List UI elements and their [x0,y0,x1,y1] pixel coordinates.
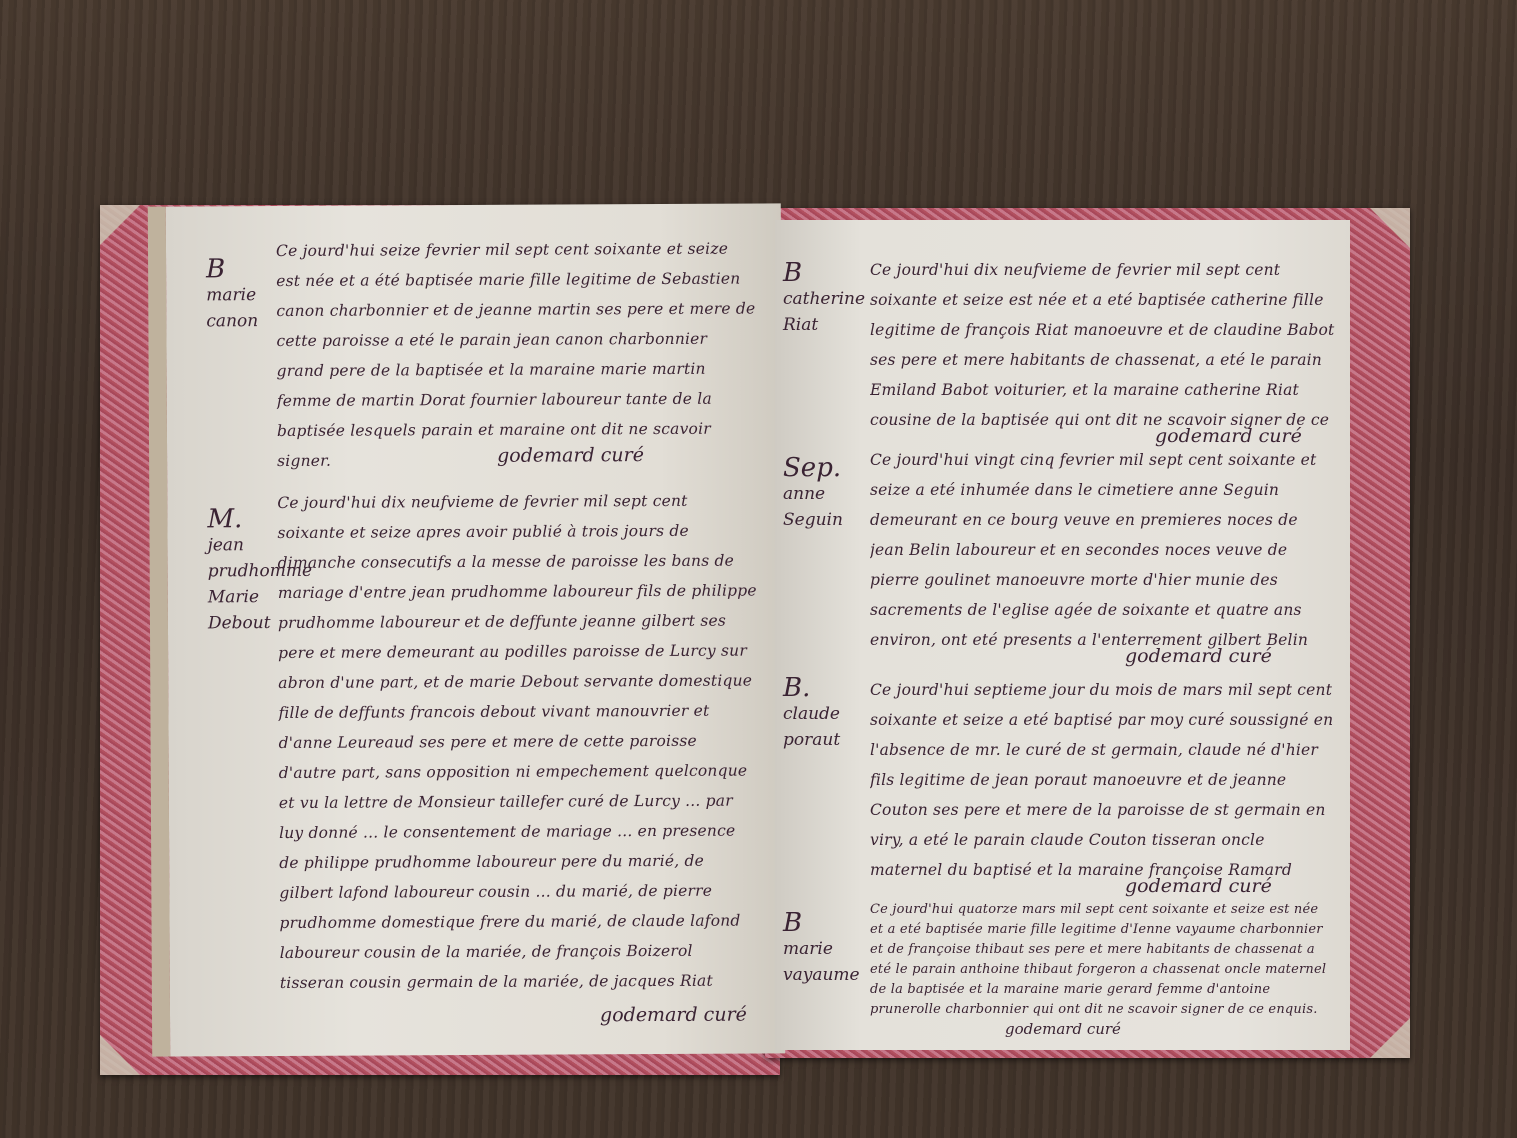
entry-mark: M. [207,506,267,532]
entry-mark: B [206,256,266,282]
entry-mark: B. [783,675,863,701]
entry-signature: godemard curé [497,444,644,467]
right-page: B catherine Riat Ce jourd'hui dix neufvi… [775,220,1350,1050]
entry-mark: Sep. [783,455,863,481]
entry-text: Ce jourd'hui seize fevrier mil sept cent… [276,233,757,476]
entry-margin: B catherine Riat [783,260,863,338]
entry-name: marie vayaume [783,939,860,985]
left-page: B marie canon Ce jourd'hui seize fevrier… [148,203,785,1056]
entry-margin: M. jean prudhomme Marie Debout [207,506,268,636]
entry-margin: Sep. anne Seguin [783,455,863,533]
entry-name: jean prudhomme Marie Debout [207,532,268,636]
entry-text: Ce jourd'hui septieme jour du mois de ma… [870,675,1335,885]
entry-signature: godemard curé [1125,645,1272,667]
entry-signature: godemard curé [600,1004,747,1027]
entry-mark: B [783,910,863,936]
entry-text: Ce jourd'hui vingt cinq fevrier mil sept… [870,445,1335,655]
entry-text: Ce jourd'hui dix neufvieme de fevrier mi… [277,485,760,998]
entry-text: Ce jourd'hui quatorze mars mil sept cent… [870,900,1335,1020]
entry-text: Ce jourd'hui dix neufvieme de fevrier mi… [870,255,1335,435]
entry-mark: B [783,260,863,286]
entry-name: marie canon [206,282,266,334]
entry-name: anne Seguin [783,484,843,530]
entry-signature: godemard curé [1005,1020,1121,1038]
entry-margin: B. claude poraut [783,675,863,753]
entry-margin: B marie canon [206,256,266,334]
entry-margin: B marie vayaume [783,910,863,988]
entry-signature: godemard curé [1125,875,1272,897]
entry-name: catherine Riat [783,289,865,335]
entry-name: claude poraut [783,704,840,750]
entry-signature: godemard curé [1155,425,1302,447]
